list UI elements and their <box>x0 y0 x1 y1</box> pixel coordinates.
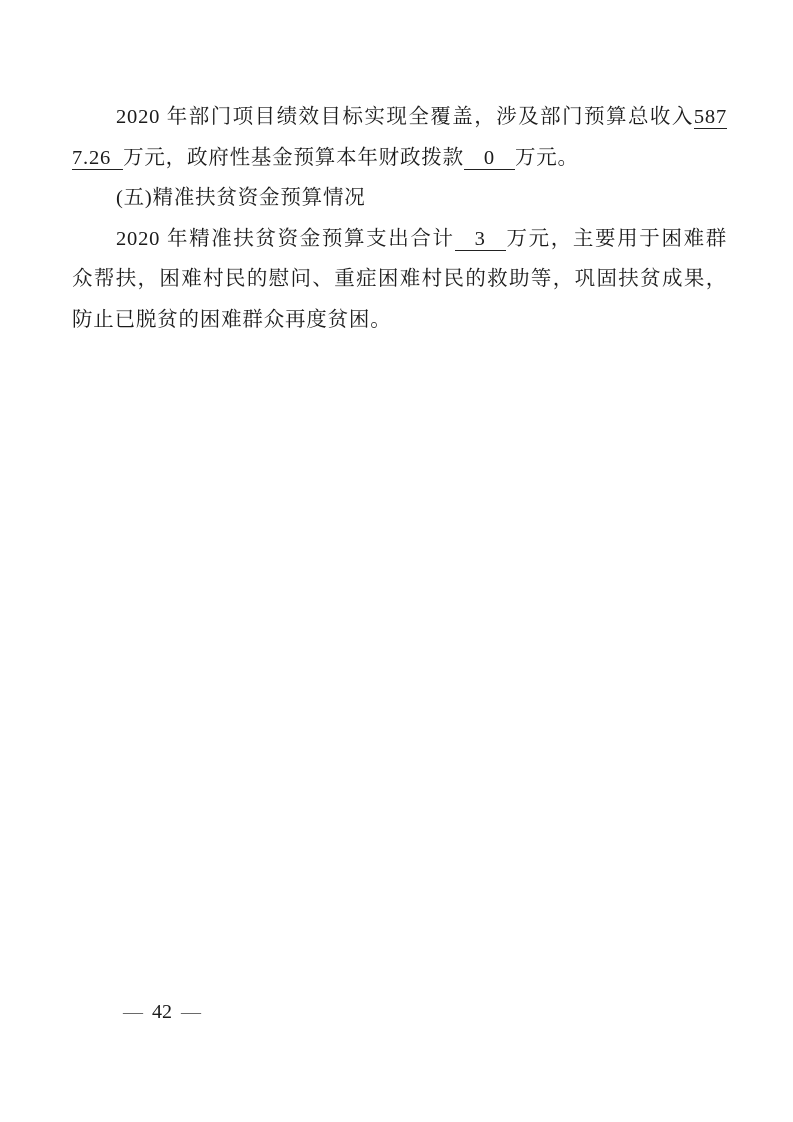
document-page: 2020 年部门项目绩效目标实现全覆盖，涉及部门预算总收入5877.26万元，政… <box>0 0 793 1122</box>
footer-dash-right: — <box>181 1001 201 1023</box>
page-number: 42 <box>152 1001 172 1023</box>
page-footer: —42— <box>123 997 201 1027</box>
underlined-value-gov-fund-appropriation: 0 <box>464 147 515 170</box>
underlined-value-poverty-fund-total: 3 <box>455 228 506 251</box>
paragraph-poverty-alleviation-funds: 2020 年精准扶贫资金预算支出合计3万元，主要用于困难群众帮扶，困难村民的慰问… <box>72 219 727 341</box>
para1-text-3: 万元。 <box>515 147 579 169</box>
footer-dash-left: — <box>123 1001 143 1023</box>
para1-text-1: 2020 年部门项目绩效目标实现全覆盖，涉及部门预算总收入 <box>116 106 694 128</box>
para2-text-1: 2020 年精准扶贫资金预算支出合计 <box>116 228 455 250</box>
para1-text-2: 万元，政府性基金预算本年财政拨款 <box>123 147 464 169</box>
paragraph-performance-targets: 2020 年部门项目绩效目标实现全覆盖，涉及部门预算总收入5877.26万元，政… <box>72 97 727 178</box>
document-body: 2020 年部门项目绩效目标实现全覆盖，涉及部门预算总收入5877.26万元，政… <box>72 97 727 340</box>
section-heading-poverty-alleviation-budget: (五)精准扶贫资金预算情况 <box>72 178 727 219</box>
